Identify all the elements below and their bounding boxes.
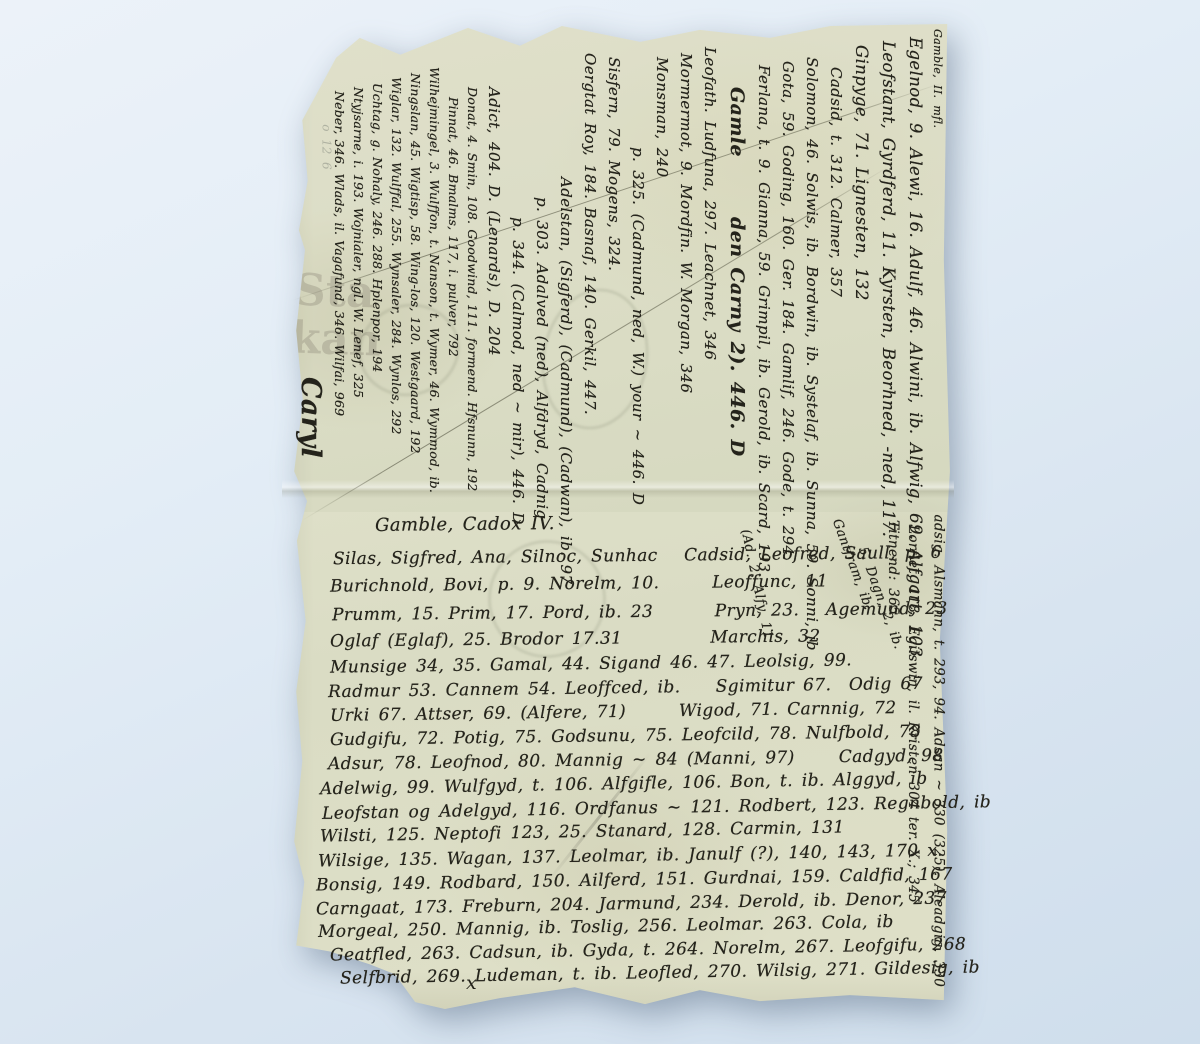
rotated-line: Monsman, 240 bbox=[650, 27, 674, 513]
rotated-line: Neber, 346. Wlads, il. Vagafund, 346. Wi… bbox=[330, 27, 349, 513]
rotated-line: Oergtat Roy, 184. Basnaf, 140. Gerkil, 4… bbox=[578, 27, 602, 513]
rotated-line: Sisfern, 79. Mogens, 324. bbox=[602, 27, 626, 513]
photograph-of-manuscript: Sta kan o 12 6 Gamble, II. mfl. Egelnod,… bbox=[0, 0, 1200, 1044]
rotated-line: Donat, 4. Smin, 108. Goodwind, 111. form… bbox=[463, 27, 482, 513]
rotated-line: Solomon, 46. Solwis, ib. Bordwin, ib. Sy… bbox=[800, 27, 824, 513]
rotated-line: Wiglar, 132. Wulffal, 255. Wynsaler, 284… bbox=[387, 27, 406, 513]
rotated-line: Ntyjsarne, i. 193. Wojnialer, ngl. W. Le… bbox=[349, 27, 368, 513]
rotated-line: Egelnod, 9. Alewi, 16. Adulf, 46. Alwini… bbox=[902, 27, 929, 513]
rotated-line: Cadsid, t. 312. Calmer, 357 bbox=[824, 27, 848, 513]
rotated-line: Leofath. Ludfuna, 297. Leachnet, 346 bbox=[698, 27, 722, 513]
rotated-line: Wilhejmingel, 3. Wulffon, t. Nanson, t. … bbox=[425, 27, 444, 513]
rotated-line: Adict, 404. D. (Lenards), D. 204 bbox=[482, 27, 506, 513]
signature-flourish: Caryl bbox=[290, 27, 330, 513]
rotated-line: Gota, 59. Goding, 160. Ger. 184. Gamlif,… bbox=[776, 27, 800, 513]
rotated-line: p. 325. (Cadmund, ned, W.) your ~ 446. D bbox=[626, 27, 650, 513]
rotated-text-block: Gamble, II. mfl. Egelnod, 9. Alewi, 16. … bbox=[301, 27, 945, 513]
rotated-line: Ningslan, 45. Wigtisp, 58. Wing-los, 120… bbox=[406, 27, 425, 513]
rotated-flourish-line: Gamle den Carny 2). 446. D bbox=[722, 27, 752, 513]
rotated-line: Ferlana, t. 9. Gianna, 59. Grimpil, ib. … bbox=[752, 27, 776, 513]
margin-line-vertical: adsig. Alsmann, t. 293, 94. Adsan ~ 330 … bbox=[930, 515, 948, 1000]
margin-line-vertical: Titnend: 365 bbox=[884, 520, 902, 640]
rotated-line: Adelstan, (Sigferd), (Cadmund), (Cadwan)… bbox=[554, 27, 578, 513]
rotated-line: Mormermot, 9. Mordfin. W. Morgan, 346 bbox=[674, 27, 698, 513]
rotated-note-heading: Gamble, II. mfl. bbox=[929, 27, 945, 513]
rotated-line: p. 303. Adalved (ned), Alfdryd, Cadnig bbox=[530, 27, 554, 513]
rotated-line: Ginpyge, 71. Lignesten, 132 bbox=[848, 27, 875, 513]
rotated-line: Pinnat, 46. Bmalms, 117, i. pulver, 792 bbox=[444, 27, 463, 513]
rotated-line: Leofstant, Gyrdferd, 11. Kyrsten, Beorhn… bbox=[875, 27, 902, 513]
index-heading: Gamble, Cadox IV. bbox=[375, 513, 555, 536]
rotated-line: p. 344. (Calmod, ned ~ mir), 446. D bbox=[506, 27, 530, 513]
margin-line-vertical: Lorflet, 118. Egilswin, il. Kristen 304 … bbox=[904, 525, 922, 945]
reference-x-mark: x bbox=[466, 972, 477, 994]
rotated-line: Uchtag, g. Nohaly, 246. 288. Hplenpor, 1… bbox=[368, 27, 387, 513]
